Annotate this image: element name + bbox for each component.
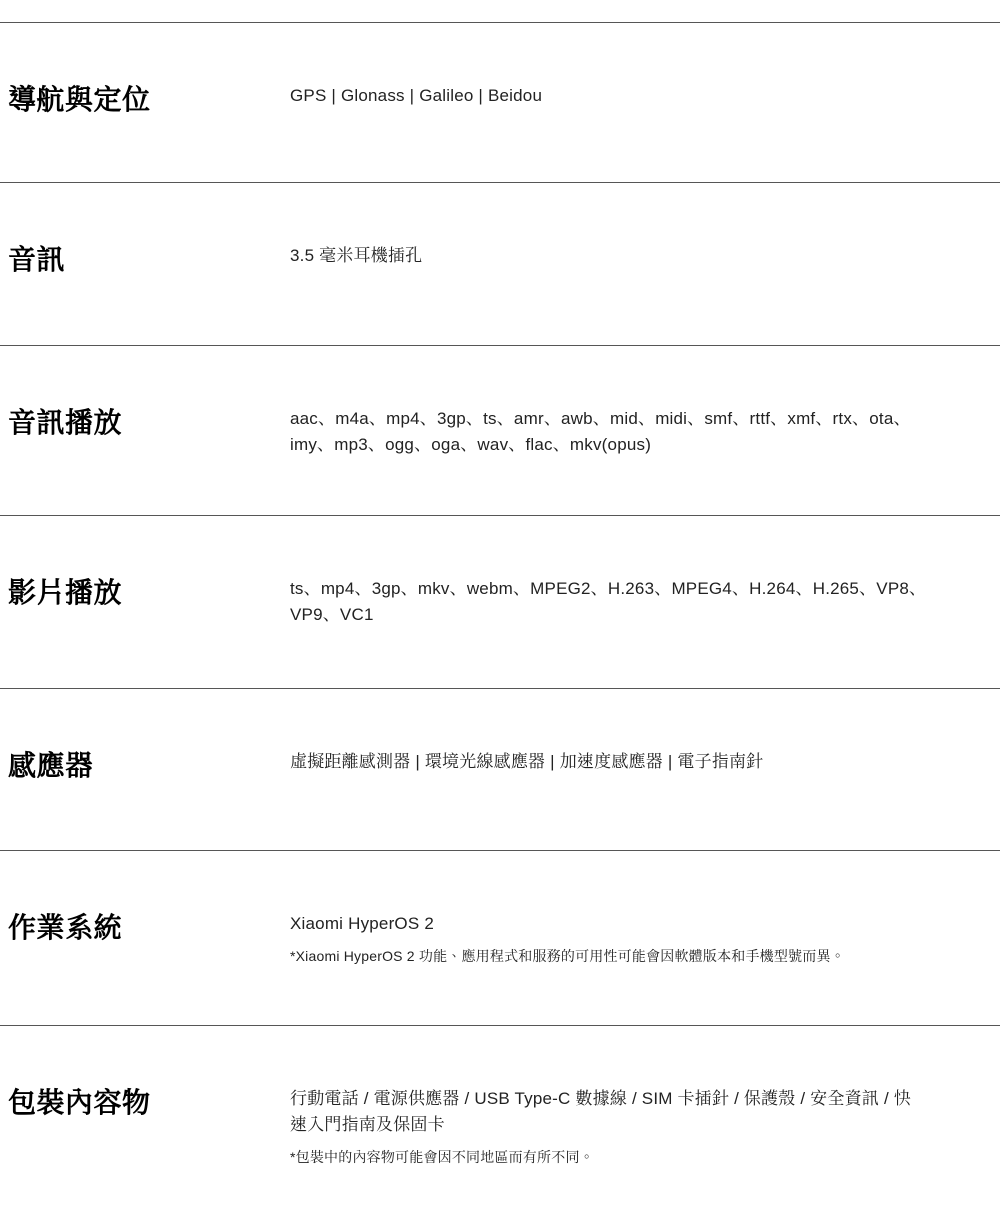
- spec-value-cell: Xiaomi HyperOS 2 *Xiaomi HyperOS 2 功能、應用…: [290, 851, 1000, 967]
- spec-page: 導航與定位 GPS | Glonass | Galileo | Beidou 音…: [0, 22, 1000, 1215]
- spec-footnote-operating-system: *Xiaomi HyperOS 2 功能、應用程式和服務的可用性可能會因軟體版本…: [290, 946, 940, 967]
- spec-value-operating-system: Xiaomi HyperOS 2: [290, 911, 940, 937]
- spec-value-cell: ts、mp4、3gp、mkv、webm、MPEG2、H.263、MPEG4、H.…: [290, 516, 1000, 628]
- spec-label-navigation: 導航與定位: [8, 83, 290, 117]
- spec-label-cell: 音訊: [0, 183, 290, 277]
- spec-footnote-package-contents: *包裝中的內容物可能會因不同地區而有所不同。: [290, 1147, 940, 1168]
- spec-label-operating-system: 作業系統: [8, 911, 290, 945]
- spec-value-cell: aac、m4a、mp4、3gp、ts、amr、awb、mid、midi、smf、…: [290, 346, 1000, 458]
- spec-label-cell: 包裝內容物: [0, 1026, 290, 1120]
- spec-row-audio-playback: 音訊播放 aac、m4a、mp4、3gp、ts、amr、awb、mid、midi…: [0, 345, 1000, 515]
- spec-row-audio: 音訊 3.5 毫米耳機插孔: [0, 182, 1000, 345]
- spec-value-sensors: 虛擬距離感測器 | 環境光線感應器 | 加速度感應器 | 電子指南針: [290, 749, 940, 775]
- spec-value-cell: GPS | Glonass | Galileo | Beidou: [290, 23, 1000, 109]
- spec-value-package-contents-line1: 行動電話 / 電源供應器 / USB Type-C 數據線 / SIM 卡插針 …: [290, 1086, 940, 1112]
- spec-label-cell: 感應器: [0, 689, 290, 783]
- spec-table: 導航與定位 GPS | Glonass | Galileo | Beidou 音…: [0, 22, 1000, 1215]
- spec-value-audio: 3.5 毫米耳機插孔: [290, 243, 940, 269]
- spec-label-audio-playback: 音訊播放: [8, 406, 290, 440]
- spec-label-package-contents: 包裝內容物: [8, 1086, 290, 1120]
- spec-row-sensors: 感應器 虛擬距離感測器 | 環境光線感應器 | 加速度感應器 | 電子指南針: [0, 688, 1000, 850]
- spec-label-video-playback: 影片播放: [8, 576, 290, 610]
- spec-label-cell: 導航與定位: [0, 23, 290, 117]
- spec-label-cell: 影片播放: [0, 516, 290, 610]
- spec-value-cell: 行動電話 / 電源供應器 / USB Type-C 數據線 / SIM 卡插針 …: [290, 1026, 1000, 1168]
- spec-label-cell: 音訊播放: [0, 346, 290, 440]
- spec-value-package-contents-line2: 速入門指南及保固卡: [290, 1112, 940, 1138]
- spec-row-video-playback: 影片播放 ts、mp4、3gp、mkv、webm、MPEG2、H.263、MPE…: [0, 515, 1000, 688]
- spec-label-sensors: 感應器: [8, 749, 290, 783]
- spec-value-cell: 3.5 毫米耳機插孔: [290, 183, 1000, 269]
- spec-row-operating-system: 作業系統 Xiaomi HyperOS 2 *Xiaomi HyperOS 2 …: [0, 850, 1000, 1025]
- spec-value-audio-playback-line2: imy、mp3、ogg、oga、wav、flac、mkv(opus): [290, 432, 940, 458]
- spec-value-navigation: GPS | Glonass | Galileo | Beidou: [290, 83, 940, 109]
- spec-row-package-contents: 包裝內容物 行動電話 / 電源供應器 / USB Type-C 數據線 / SI…: [0, 1025, 1000, 1215]
- spec-label-cell: 作業系統: [0, 851, 290, 945]
- spec-value-audio-playback-line1: aac、m4a、mp4、3gp、ts、amr、awb、mid、midi、smf、…: [290, 406, 940, 432]
- spec-value-video-playback-line1: ts、mp4、3gp、mkv、webm、MPEG2、H.263、MPEG4、H.…: [290, 576, 940, 602]
- spec-row-navigation: 導航與定位 GPS | Glonass | Galileo | Beidou: [0, 22, 1000, 182]
- spec-value-video-playback-line2: VP9、VC1: [290, 602, 940, 628]
- spec-label-audio: 音訊: [8, 243, 290, 277]
- spec-value-cell: 虛擬距離感測器 | 環境光線感應器 | 加速度感應器 | 電子指南針: [290, 689, 1000, 775]
